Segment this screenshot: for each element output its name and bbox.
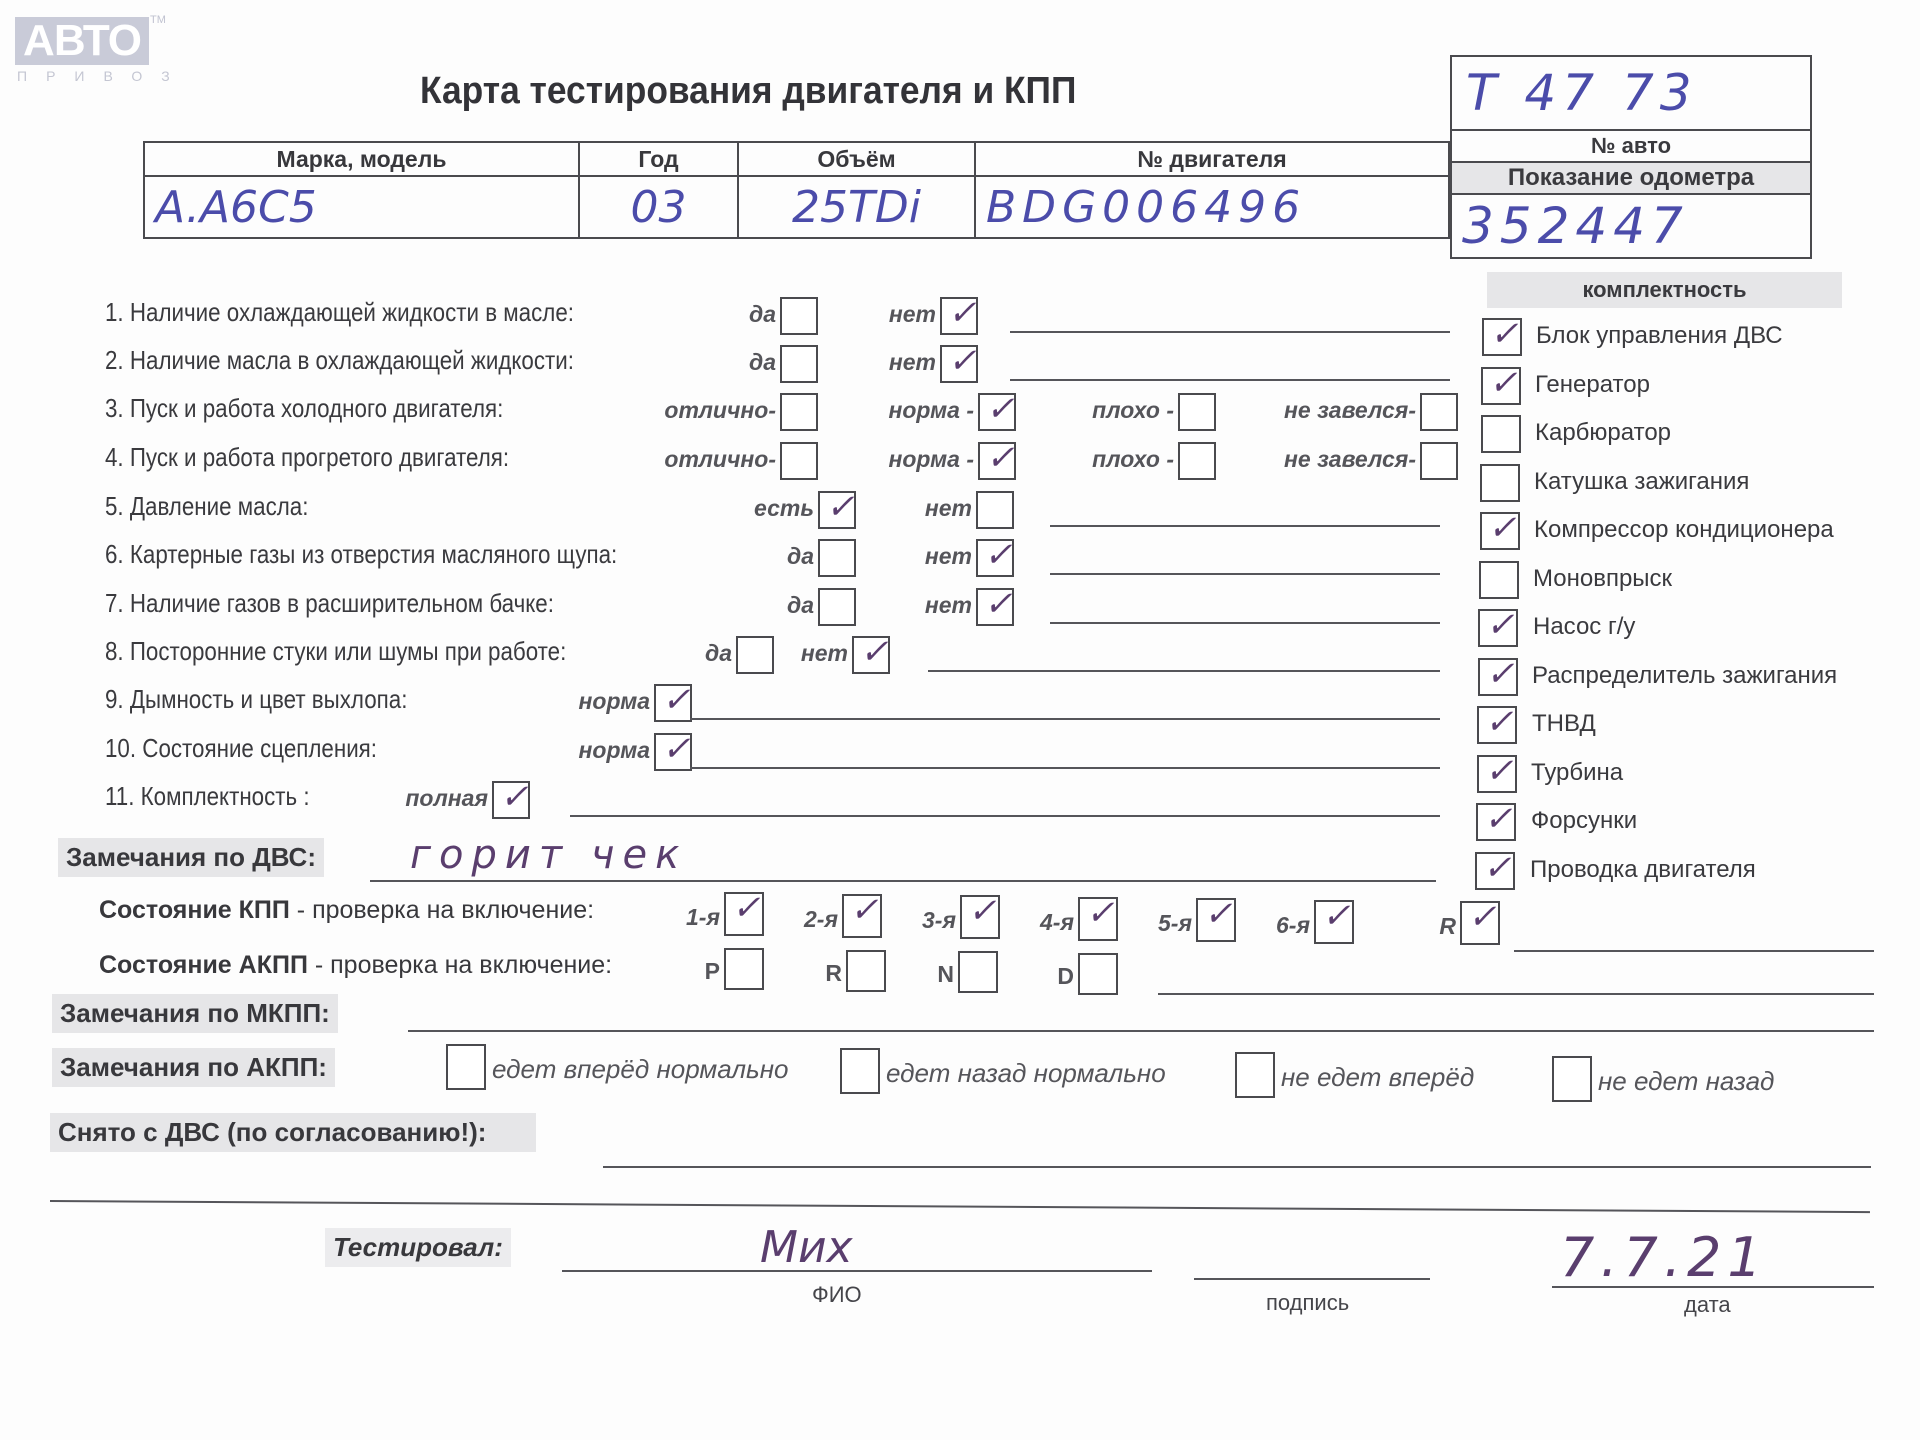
checkbox-7-2[interactable]: ✓ — [976, 588, 1014, 626]
completeness-checkbox-11[interactable]: ✓ — [1476, 803, 1516, 841]
notes-line[interactable] — [928, 670, 1440, 672]
akpp-remark-checkbox-4[interactable] — [1552, 1056, 1592, 1102]
separator-line — [50, 1200, 1870, 1213]
completeness-item-label: Блок управления ДВС — [1536, 322, 1783, 350]
check-mark-icon: ✓ — [986, 438, 1015, 478]
checkbox-5-1[interactable]: ✓ — [818, 491, 856, 529]
option-label: нет — [889, 301, 936, 328]
checklist-item-1: 1. Наличие охлаждающей жидкости в масле: — [105, 297, 574, 328]
date-value[interactable]: 7.7.21 — [1560, 1226, 1768, 1289]
akpp-remark-label: не едет вперёд — [1281, 1062, 1474, 1093]
car-number-label: № авто — [1452, 131, 1810, 163]
gear-checkbox-2-я[interactable]: ✓ — [842, 894, 882, 938]
checklist-item-2: 2. Наличие масла в охлаждающей жидкости: — [105, 345, 574, 376]
akpp-position-label: R — [825, 960, 842, 987]
gear-label: 5-я — [1158, 910, 1192, 937]
auto-gearbox-line — [1158, 993, 1874, 995]
gear-checkbox-3-я[interactable]: ✓ — [960, 895, 1000, 939]
check-mark-icon: ✓ — [1484, 799, 1513, 839]
logo: АВТО — [15, 17, 149, 65]
check-mark-icon: ✓ — [1468, 897, 1497, 937]
engine-number-value[interactable]: BDG006496 — [975, 176, 1449, 238]
option-label: нет — [925, 592, 972, 619]
akpp-remark-label: едет вперёд нормально — [492, 1054, 788, 1085]
completeness-checkbox-7[interactable]: ✓ — [1478, 609, 1518, 647]
check-mark-icon: ✓ — [732, 888, 761, 928]
notes-line[interactable] — [1050, 622, 1440, 624]
akpp-position-label: P — [705, 958, 720, 985]
completeness-item-label: Распределитель зажигания — [1532, 662, 1837, 690]
checkbox-4-4[interactable] — [1420, 442, 1458, 480]
notes-line[interactable] — [570, 815, 1440, 817]
check-mark-icon: ✓ — [850, 890, 879, 930]
completeness-checkbox-5[interactable]: ✓ — [1480, 512, 1520, 550]
gear-label: 2-я — [804, 906, 838, 933]
check-mark-icon: ✓ — [1490, 314, 1519, 354]
checklist-item-11: 11. Комплектность : — [105, 781, 310, 812]
checklist-item-9: 9. Дымность и цвет выхлопа: — [105, 684, 407, 715]
akpp-position-label: N — [937, 961, 954, 988]
option-label: да — [749, 301, 776, 328]
page-title: Карта тестирования двигателя и КПП — [420, 70, 1076, 113]
removed-label: Снято с ДВС (по согласованию!): — [50, 1113, 536, 1152]
completeness-item-label: Компрессор кондиционера — [1534, 516, 1834, 544]
option-label: норма - — [888, 397, 974, 424]
date-caption: дата — [1684, 1292, 1731, 1318]
check-mark-icon: ✓ — [984, 584, 1013, 624]
check-mark-icon: ✓ — [1488, 508, 1517, 548]
checkbox-2-1[interactable] — [780, 345, 818, 383]
akpp-checkbox-D[interactable] — [1078, 953, 1118, 995]
option-label: нет — [925, 543, 972, 570]
check-mark-icon: ✓ — [984, 535, 1013, 575]
engine-remarks-label: Замечания по ДВС: — [58, 838, 324, 877]
notes-line[interactable] — [1010, 379, 1450, 381]
checkbox-7-1[interactable] — [818, 588, 856, 626]
gear-label: R — [1439, 913, 1456, 940]
akpp-remark-checkbox-2[interactable] — [840, 1048, 880, 1094]
car-odometer-box: T 47 73 № авто Показание одометра 352447 — [1450, 55, 1812, 259]
notes-line[interactable] — [1010, 331, 1450, 333]
option-label: норма — [579, 688, 651, 715]
manual-remarks-label: Замечания по МКПП: — [52, 994, 338, 1033]
name-line — [562, 1270, 1152, 1272]
option-label: нет — [801, 640, 848, 667]
akpp-position-label: D — [1057, 963, 1074, 990]
checkbox-8-2[interactable]: ✓ — [852, 636, 890, 674]
car-number-value[interactable]: T 47 73 — [1452, 57, 1810, 131]
option-label: полная — [405, 785, 488, 812]
checklist-item-5: 5. Давление масла: — [105, 491, 308, 522]
signature-caption: подпись — [1266, 1290, 1349, 1316]
completeness-item-label: Моновпрыск — [1533, 565, 1672, 593]
check-mark-icon: ✓ — [1486, 605, 1515, 645]
option-label: нет — [925, 495, 972, 522]
check-mark-icon: ✓ — [948, 293, 977, 333]
col-header-year: Год — [579, 142, 738, 176]
engine-remarks-line — [370, 880, 1436, 882]
check-mark-icon: ✓ — [1483, 848, 1512, 888]
akpp-checkbox-R[interactable] — [846, 950, 886, 992]
option-label: отлично- — [664, 446, 776, 473]
gear-label: 3-я — [922, 907, 956, 934]
option-label: отлично- — [664, 397, 776, 424]
auto-remarks-label: Замечания по АКПП: — [52, 1048, 335, 1087]
gear-checkbox-6-я[interactable]: ✓ — [1314, 900, 1354, 944]
gear-checkbox-R[interactable]: ✓ — [1460, 901, 1500, 945]
option-label: нет — [889, 349, 936, 376]
check-mark-icon: ✓ — [500, 777, 529, 817]
notes-line[interactable] — [690, 718, 1440, 720]
checklist-item-8: 8. Посторонние стуки или шумы при работе… — [105, 636, 566, 667]
completeness-title: комплектность — [1487, 272, 1842, 308]
completeness-item-label: Форсунки — [1531, 807, 1637, 835]
check-mark-icon: ✓ — [1486, 654, 1515, 694]
vehicle-info-table: Марка, модель Год Объём № двигателя A.A6… — [143, 141, 1450, 239]
option-label: да — [787, 592, 814, 619]
check-mark-icon: ✓ — [1322, 896, 1351, 936]
completeness-checkbox-9[interactable]: ✓ — [1477, 706, 1517, 744]
checkbox-11-1[interactable]: ✓ — [492, 781, 530, 819]
checkbox-8-1[interactable] — [736, 636, 774, 674]
checkbox-3-2[interactable]: ✓ — [978, 393, 1016, 431]
removed-line — [603, 1166, 1871, 1168]
completeness-item-label: Проводка двигателя — [1530, 856, 1756, 884]
completeness-checkbox-12[interactable]: ✓ — [1475, 852, 1515, 890]
gear-label: 6-я — [1276, 912, 1310, 939]
checklist-item-4: 4. Пуск и работа прогретого двигателя: — [105, 442, 509, 473]
check-mark-icon: ✓ — [826, 487, 855, 527]
completeness-item-label: Катушка зажигания — [1534, 468, 1749, 496]
checkbox-6-2[interactable]: ✓ — [976, 539, 1014, 577]
completeness-item-label: Карбюратор — [1535, 419, 1671, 447]
checklist-item-6: 6. Картерные газы из отверстия масляного… — [105, 539, 617, 570]
logo-subtitle: ПРИВОЗ — [17, 68, 189, 84]
col-header-engine-number: № двигателя — [975, 142, 1449, 176]
check-mark-icon: ✓ — [948, 341, 977, 381]
completeness-item-label: Турбина — [1531, 759, 1623, 787]
gear-label: 1-я — [686, 904, 720, 931]
manual-gearbox-line — [1514, 950, 1874, 952]
completeness-checkbox-6[interactable] — [1479, 561, 1519, 599]
option-label: не завелся- — [1284, 446, 1416, 473]
option-label: плохо - — [1092, 446, 1174, 473]
check-mark-icon: ✓ — [662, 729, 691, 769]
option-label: да — [787, 543, 814, 570]
gear-checkbox-4-я[interactable]: ✓ — [1078, 897, 1118, 941]
checkbox-3-4[interactable] — [1420, 393, 1458, 431]
check-mark-icon: ✓ — [1485, 751, 1514, 791]
checkbox-9-1[interactable]: ✓ — [654, 684, 692, 722]
checklist-item-3: 3. Пуск и работа холодного двигателя: — [105, 393, 503, 424]
check-mark-icon: ✓ — [1204, 894, 1233, 934]
checkbox-4-3[interactable] — [1178, 442, 1216, 480]
odometer-value[interactable]: 352447 — [1452, 195, 1810, 257]
logo-trademark: TM — [150, 14, 166, 26]
notes-line[interactable] — [1050, 525, 1440, 527]
checkbox-4-1[interactable] — [780, 442, 818, 480]
option-label: норма - — [888, 446, 974, 473]
checkbox-6-1[interactable] — [818, 539, 856, 577]
completeness-checkbox-10[interactable]: ✓ — [1477, 755, 1517, 793]
completeness-item-label: ТНВД — [1532, 710, 1596, 738]
tested-by-label: Тестировал: — [325, 1228, 511, 1267]
gear-checkbox-5-я[interactable]: ✓ — [1196, 898, 1236, 942]
completeness-item-label: Генератор — [1535, 371, 1650, 399]
volume-value[interactable]: 25TDi — [738, 176, 975, 238]
checkbox-10-1[interactable]: ✓ — [654, 733, 692, 771]
akpp-remark-checkbox-3[interactable] — [1235, 1052, 1275, 1098]
gear-checkbox-1-я[interactable]: ✓ — [724, 892, 764, 936]
check-mark-icon: ✓ — [1086, 893, 1115, 933]
completeness-checkbox-2[interactable]: ✓ — [1481, 367, 1521, 405]
check-mark-icon: ✓ — [1489, 363, 1518, 403]
checkbox-1-1[interactable] — [780, 297, 818, 335]
manual-remarks-line — [408, 1030, 1874, 1032]
completeness-checkbox-4[interactable] — [1480, 464, 1520, 502]
check-mark-icon: ✓ — [968, 891, 997, 931]
name-caption: ФИО — [812, 1282, 862, 1308]
manual-gearbox-label: Состояние КПП - проверка на включение: — [99, 896, 594, 925]
option-label: норма — [579, 737, 651, 764]
option-label: не завелся- — [1284, 397, 1416, 424]
akpp-remark-label: не едет назад — [1598, 1066, 1774, 1097]
notes-line[interactable] — [1050, 573, 1440, 575]
check-mark-icon: ✓ — [860, 632, 889, 672]
checkbox-3-1[interactable] — [780, 393, 818, 431]
completeness-checkbox-3[interactable] — [1481, 415, 1521, 453]
notes-line[interactable] — [690, 767, 1440, 769]
check-mark-icon: ✓ — [1485, 702, 1514, 742]
akpp-remark-checkbox-1[interactable] — [446, 1044, 486, 1090]
auto-gearbox-label: Состояние АКПП - проверка на включение: — [99, 951, 612, 980]
completeness-item-label: Насос г/у — [1533, 613, 1635, 641]
completeness-checkbox-8[interactable]: ✓ — [1478, 658, 1518, 696]
year-value[interactable]: 03 — [579, 176, 738, 238]
checklist-item-10: 10. Состояние сцепления: — [105, 733, 377, 764]
option-label: есть — [754, 495, 814, 522]
akpp-checkbox-P[interactable] — [724, 948, 764, 990]
col-header-volume: Объём — [738, 142, 975, 176]
check-mark-icon: ✓ — [986, 389, 1015, 429]
option-label: плохо - — [1092, 397, 1174, 424]
tester-name-value[interactable]: Мих — [760, 1222, 853, 1273]
engine-remarks-value[interactable]: горит чек — [410, 832, 687, 878]
checkbox-1-2[interactable]: ✓ — [940, 297, 978, 335]
option-label: да — [705, 640, 732, 667]
model-value[interactable]: A.A6C5 — [144, 176, 579, 238]
checkbox-2-2[interactable]: ✓ — [940, 345, 978, 383]
checkbox-4-2[interactable]: ✓ — [978, 442, 1016, 480]
odometer-label: Показание одометра — [1452, 163, 1810, 195]
checkbox-3-3[interactable] — [1178, 393, 1216, 431]
akpp-checkbox-N[interactable] — [958, 951, 998, 993]
check-mark-icon: ✓ — [662, 680, 691, 720]
akpp-remark-label: едет назад нормально — [886, 1058, 1166, 1089]
col-header-model: Марка, модель — [144, 142, 579, 176]
signature-line — [1194, 1278, 1430, 1280]
checklist-item-7: 7. Наличие газов в расширительном бачке: — [105, 588, 554, 619]
checkbox-5-2[interactable] — [976, 491, 1014, 529]
completeness-checkbox-1[interactable]: ✓ — [1482, 318, 1522, 356]
option-label: да — [749, 349, 776, 376]
gear-label: 4-я — [1040, 909, 1074, 936]
